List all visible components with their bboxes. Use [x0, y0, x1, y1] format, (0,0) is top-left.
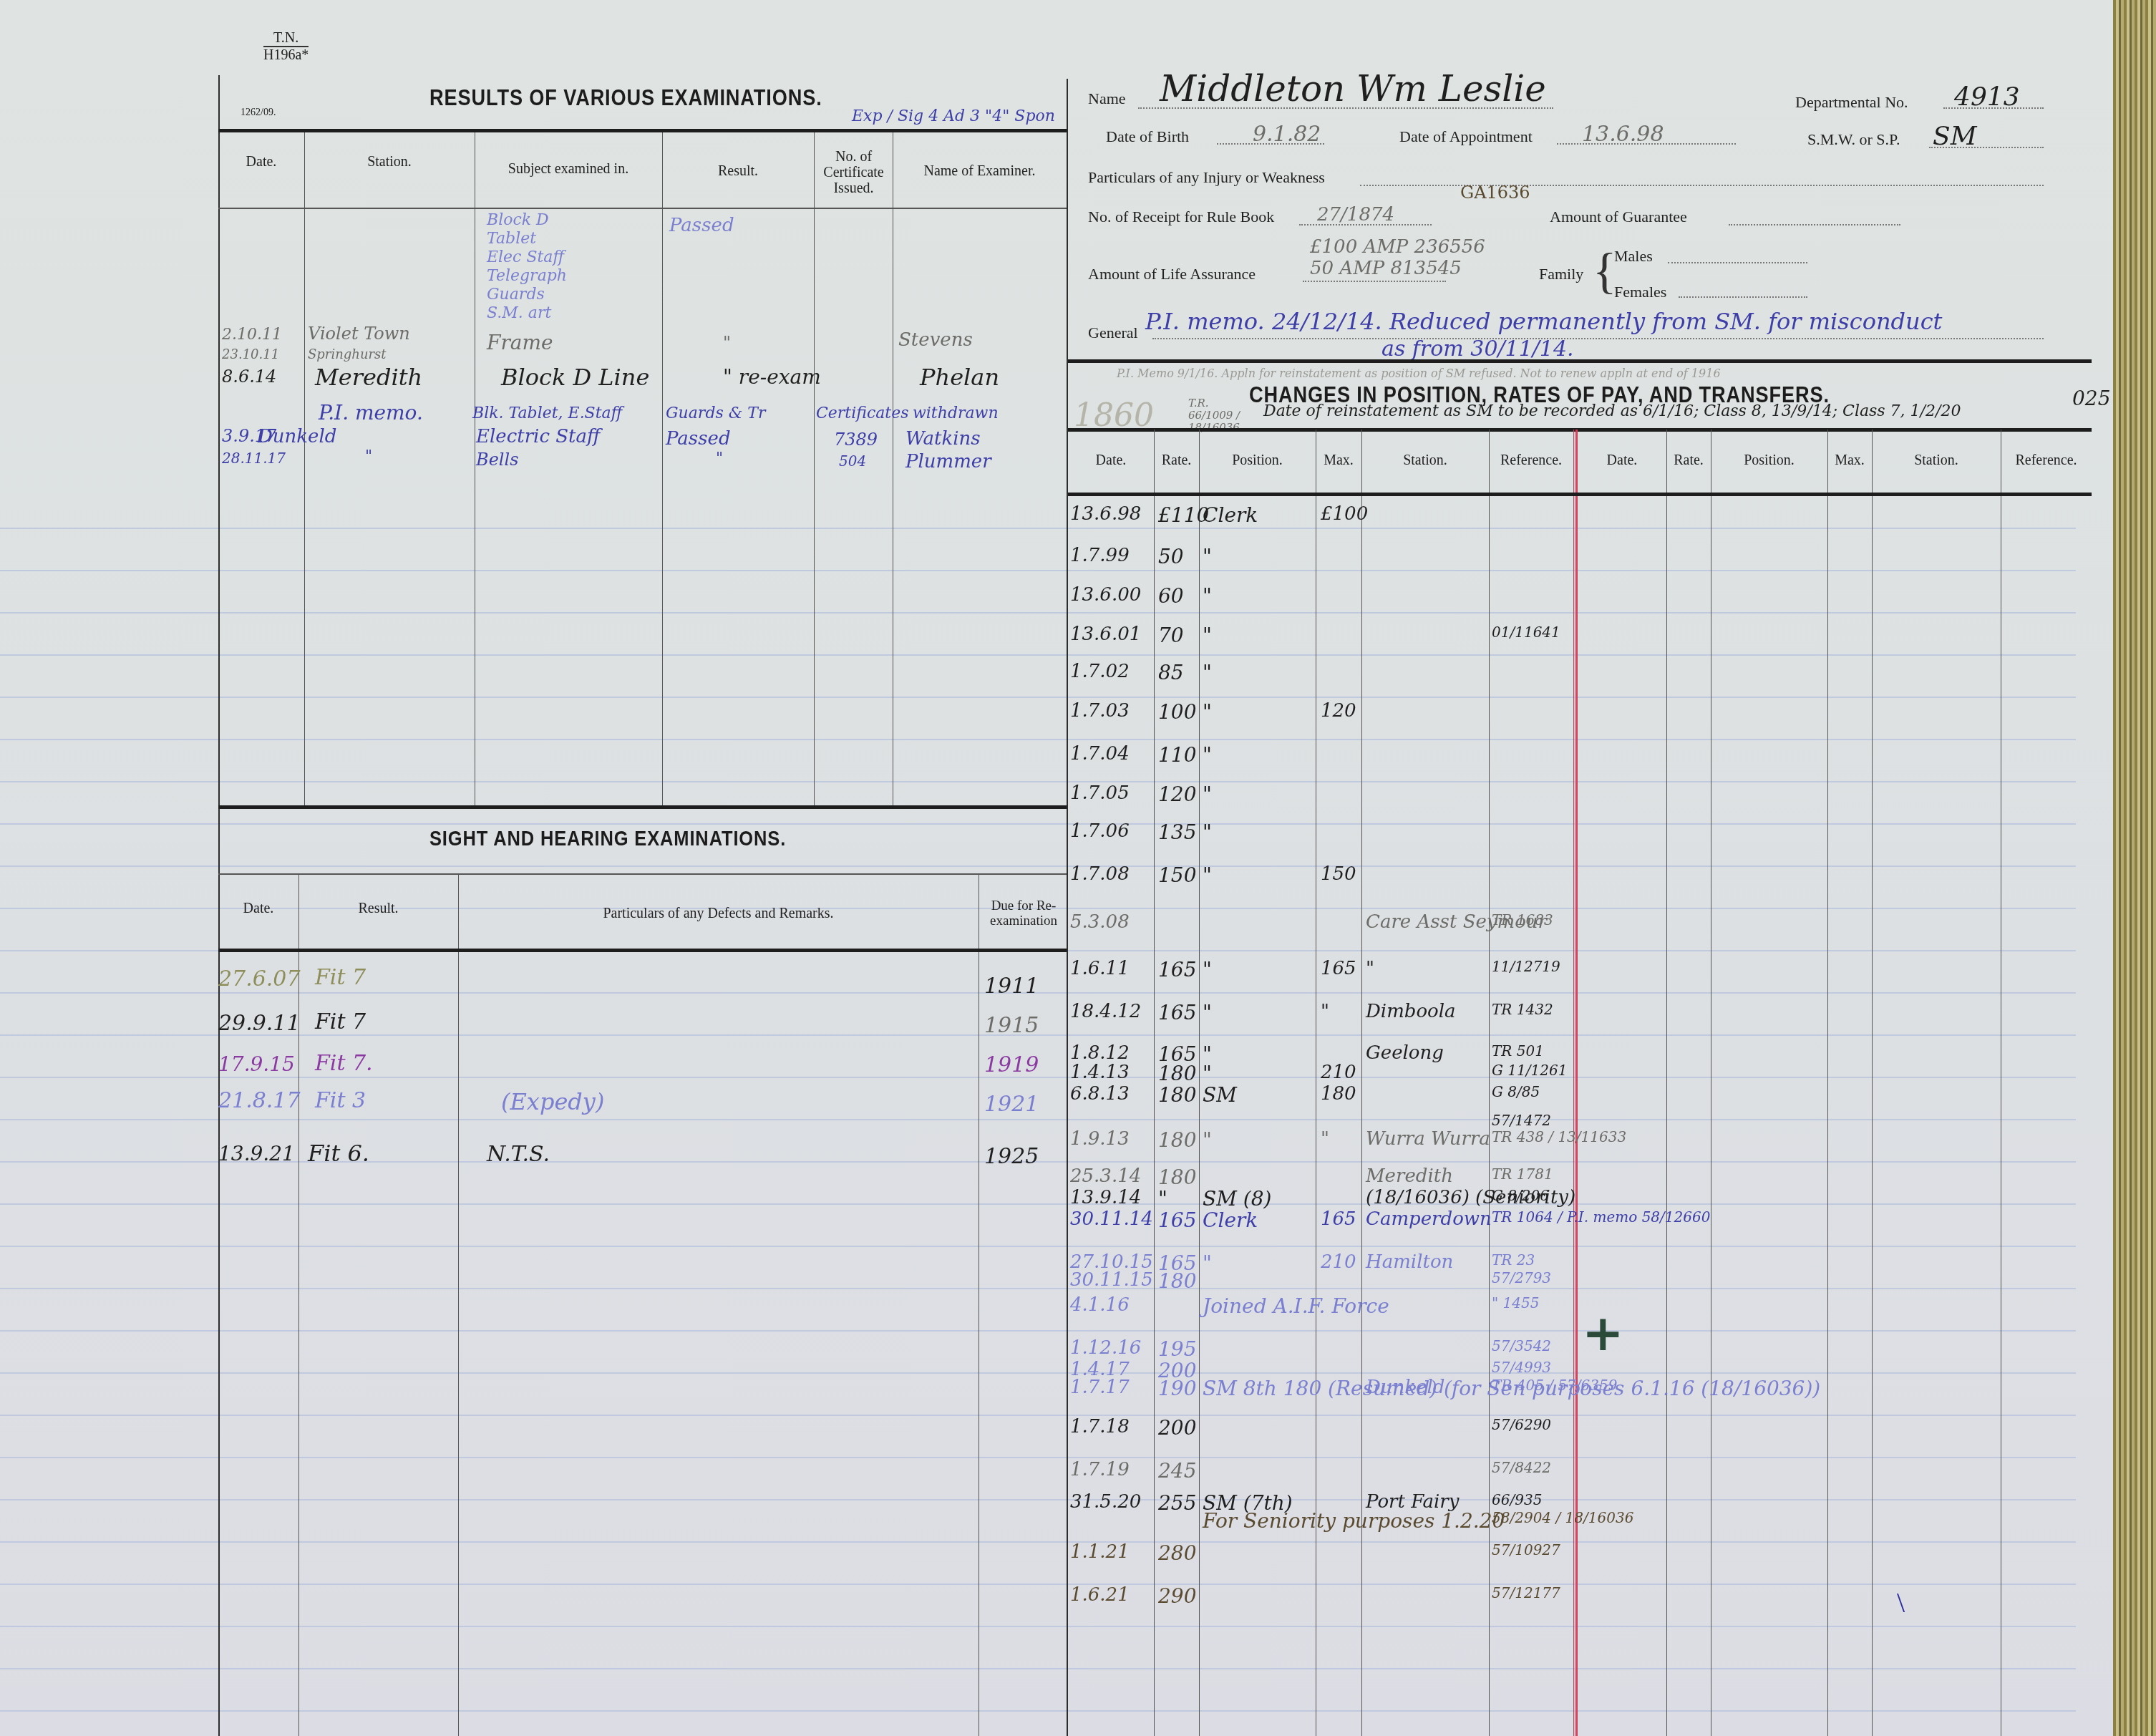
receipt-no: 27/1874	[1317, 204, 1394, 226]
changes-cell-position: "	[1203, 700, 1212, 724]
exam-row-date: 8.6.14	[222, 367, 276, 387]
changes-cell-station: Hamilton	[1366, 1251, 1453, 1273]
changes-cell-ref: 66/935	[1492, 1491, 1542, 1508]
changes-cell-date: 1.12.16	[1070, 1337, 1141, 1359]
changes-cell-rate: 180	[1158, 1128, 1196, 1152]
changes-cell-position: SM (8)	[1203, 1187, 1271, 1211]
changes-cell-position: SM	[1203, 1083, 1237, 1107]
changes-cell-date: 1.1.21	[1070, 1541, 1130, 1563]
sight-row-result: Fit 3	[315, 1088, 366, 1113]
changes-cell-station: Geelong	[1366, 1042, 1444, 1064]
changes-cell-position: "	[1203, 782, 1212, 806]
exams-margin-note: Exp / Sig 4 Ad 3 "4" Spon	[852, 107, 1055, 125]
sight-row-result: Fit 7	[315, 965, 366, 990]
date-of-appointment: 13.6.98	[1582, 122, 1664, 147]
sight-row-date: 27.6.07	[218, 966, 301, 991]
changes-cell-ref: TR 438 / 13/11633	[1492, 1128, 1626, 1145]
changes-cell-rate: 280	[1158, 1541, 1196, 1565]
changes-header-bottom-rule	[1068, 493, 2092, 496]
changes-cell-max: 120	[1321, 700, 1356, 722]
sight-row-due: 1921	[984, 1092, 1039, 1117]
exam-row-examiner: Stevens	[898, 329, 973, 351]
changes-cell-rate: 200	[1158, 1416, 1196, 1440]
form-code-bottom: H196a*	[263, 46, 309, 63]
form-code-top: T.N.	[263, 30, 309, 46]
changes-cell-rate: "	[1158, 1187, 1167, 1211]
changes-cell-date: 1.7.06	[1070, 820, 1130, 842]
changes-col-rate-right: Rate.	[1666, 452, 1711, 469]
sight-top-rule	[218, 805, 1067, 809]
exam-row-result: "	[716, 450, 723, 467]
changes-cell-rate: 50	[1158, 545, 1184, 568]
exams-col-station: Station.	[304, 154, 475, 170]
changes-cell-ref: 57/10927	[1492, 1541, 1560, 1558]
exams-col-date: Date.	[218, 154, 304, 170]
changes-cell-date: 13.9.14	[1070, 1187, 1141, 1208]
dept-no-label: Departmental No.	[1795, 93, 1908, 112]
changes-cell-rate: 180	[1158, 1269, 1196, 1293]
sight-row-due: 1919	[984, 1052, 1039, 1077]
changes-cell-date: 18.4.12	[1070, 1001, 1141, 1022]
exams-subjects-result: Passed	[669, 215, 734, 236]
changes-cell-rate: 60	[1158, 584, 1184, 608]
changes-cell-date: 1.7.04	[1070, 743, 1130, 765]
exams-col-examiner: Name of Examiner.	[893, 163, 1067, 180]
changes-cell-date: 1.7.08	[1070, 863, 1130, 885]
changes-cell-rate: 165	[1158, 1001, 1196, 1024]
form-code: T.N. H196a*	[263, 30, 309, 63]
exam-row-date: 2.10.11	[222, 326, 282, 344]
changes-cell-date: 1.7.19	[1070, 1459, 1130, 1480]
changes-cell-position: Joined A.I.F. Force	[1203, 1294, 1389, 1318]
sight-row-result: Fit 7.	[315, 1051, 373, 1076]
smw-value: SM	[1933, 122, 1977, 151]
changes-cell-rate: 255	[1158, 1491, 1196, 1515]
changes-cell-date: 1.7.99	[1070, 545, 1130, 566]
sight-row-date: 13.9.21	[218, 1142, 295, 1165]
sight-col-due: Due for Re-examination	[981, 898, 1067, 928]
changes-cell-position: "	[1203, 545, 1212, 568]
changes-cell-rate: 165	[1158, 958, 1196, 981]
changes-cell-rate: £110	[1158, 503, 1209, 527]
changes-col-rate: Rate.	[1154, 452, 1199, 469]
changes-cell-position: Clerk	[1203, 1208, 1258, 1232]
exam-row-result: " re-exam	[723, 365, 821, 389]
changes-cell-date: 25.3.14	[1070, 1165, 1141, 1187]
changes-cell-date: 13.6.00	[1070, 584, 1141, 606]
exam-row-result: Guards & Tr	[666, 404, 766, 422]
changes-cell-ref: 57/4993	[1492, 1359, 1551, 1376]
changes-cell-ref: G 8/85	[1492, 1083, 1540, 1100]
changes-cell-position: "	[1203, 958, 1212, 981]
exam-row-examiner: Phelan	[920, 364, 999, 391]
changes-cell-date: 1.7.17	[1070, 1377, 1130, 1398]
changes-cell-position: Clerk	[1203, 503, 1258, 527]
sight-row-result: Fit 7	[315, 1009, 366, 1034]
changes-cell-rate: 245	[1158, 1459, 1196, 1483]
injury-note: GA1636	[1460, 183, 1530, 203]
changes-cell-ref: 57/12177	[1492, 1584, 1560, 1601]
sight-row-date: 17.9.15	[218, 1052, 295, 1076]
changes-cell-station: Meredith	[1366, 1165, 1453, 1187]
changes-cell-station: "	[1366, 958, 1374, 979]
changes-cell-position: "	[1203, 584, 1212, 608]
exam-row-station: "	[365, 447, 372, 465]
print-reference: 1262/09.	[241, 107, 276, 119]
red-margin-line	[1573, 430, 1578, 1736]
changes-cell-rate: 165	[1158, 1208, 1196, 1232]
exam-row-station: P.I. memo.	[319, 401, 423, 425]
smw-label: S.M.W. or S.P.	[1807, 130, 1900, 149]
ledger-page: T.N. H196a* 1262/09. RESULTS OF VARIOUS …	[0, 0, 2119, 1736]
changes-cell-date: 5.3.08	[1070, 911, 1130, 933]
changes-cell-date: 1.8.12	[1070, 1042, 1130, 1064]
changes-cell-position: "	[1203, 820, 1212, 844]
changes-col-max: Max.	[1316, 452, 1361, 469]
exam-row-station: Dunkeld	[258, 426, 336, 447]
changes-cell-station: Camperdown	[1366, 1208, 1492, 1230]
life-assurance-values: £100 AMP 236556 50 AMP 813545	[1310, 236, 1485, 279]
sight-row-remarks: (Expedy)	[501, 1088, 604, 1115]
changes-cell-date: 1.4.13	[1070, 1062, 1130, 1083]
changes-cell-position: "	[1203, 661, 1212, 684]
exam-row-examiner: Watkins	[905, 428, 981, 450]
exam-row-subject: Frame	[487, 331, 553, 354]
changes-cell-ref: G 8/206	[1492, 1187, 1549, 1204]
exam-row-subject: Block D Line	[501, 364, 649, 391]
changes-cell-ref: 57/2793	[1492, 1269, 1551, 1286]
changes-cell-rate: 100	[1158, 700, 1196, 724]
sight-col-remarks: Particulars of any Defects and Remarks.	[458, 906, 979, 922]
changes-cell-rate: 70	[1158, 624, 1184, 647]
dept-no: 4913	[1954, 82, 2020, 112]
males-label: Males	[1614, 247, 1653, 266]
changes-cell-date: 1.6.21	[1070, 1584, 1130, 1606]
changes-cell-ref: 57/1472	[1492, 1112, 1551, 1129]
changes-cell-date: 30.11.14	[1070, 1208, 1153, 1230]
sight-row-date: 29.9.11	[218, 1011, 301, 1036]
dob-label: Date of Birth	[1106, 127, 1189, 146]
changes-cell-rate: 120	[1158, 782, 1196, 806]
sight-row-remarks: N.T.S.	[487, 1142, 550, 1167]
exam-row-station: Springhurst	[308, 347, 387, 362]
changes-cell-date: 1.7.03	[1070, 700, 1130, 722]
changes-cell-date: 13.6.98	[1070, 503, 1141, 525]
changes-cell-date: 1.6.11	[1070, 958, 1130, 979]
changes-cell-max: 165	[1321, 958, 1356, 979]
changes-cell-max: 180	[1321, 1083, 1356, 1105]
changes-cell-date: 1.9.13	[1070, 1128, 1130, 1150]
changes-cell-ref: TR 1781	[1492, 1165, 1553, 1183]
changes-col-station-right: Station.	[1872, 452, 2001, 469]
exam-row-subject: Bells	[476, 450, 519, 470]
changes-cell-date: 1.7.05	[1070, 782, 1130, 804]
changes-col-reference-right: Reference.	[2001, 452, 2092, 469]
changes-cell-rate: 110	[1158, 743, 1196, 767]
reinstatement-note: Date of reinstatement as SM to be record…	[1263, 402, 1961, 420]
changes-cell-position: "	[1203, 1062, 1212, 1085]
changes-col-station: Station.	[1361, 452, 1489, 469]
exam-row-certificate: 7389	[834, 430, 878, 450]
changes-header-top-rule	[1068, 428, 2092, 432]
sight-row-result: Fit 6.	[308, 1140, 369, 1167]
book-page-edge	[2113, 0, 2156, 1736]
changes-col-reference: Reference.	[1489, 452, 1573, 469]
females-label: Females	[1614, 283, 1666, 301]
sight-row-due: 1925	[984, 1144, 1039, 1169]
changes-cell-position: "	[1203, 624, 1212, 647]
changes-cell-rate: 85	[1158, 661, 1184, 684]
changes-col-max-right: Max.	[1827, 452, 1872, 469]
exams-col-certificate: No. of Certificate Issued.	[816, 149, 891, 196]
changes-cell-ref: TR 1683	[1492, 911, 1553, 928]
stray-mark: \	[1897, 1586, 1905, 1619]
changes-col-position-right: Position.	[1711, 452, 1827, 469]
changes-cell-position: For Seniority purposes 1.2.20	[1203, 1509, 1505, 1533]
life-assurance-label: Amount of Life Assurance	[1088, 265, 1256, 283]
changes-cell-rate: 180	[1158, 1165, 1196, 1189]
changes-cell-position: "	[1203, 743, 1212, 767]
changes-cell-date: 1.7.18	[1070, 1416, 1130, 1437]
changes-cell-date: 1.7.02	[1070, 661, 1130, 682]
changes-cell-rate: 195	[1158, 1337, 1196, 1361]
changes-cell-ref: 58/2904 / 18/16036	[1492, 1509, 1633, 1526]
sight-header-rule	[218, 949, 1067, 952]
exam-row-examiner: Plummer	[905, 451, 991, 472]
date-of-birth: 9.1.82	[1253, 122, 1321, 147]
sight-row-due: 1911	[984, 974, 1039, 999]
exam-row-subject: Blk. Tablet, E.Staff	[472, 404, 622, 422]
changes-cell-ref: 01/11641	[1492, 624, 1560, 641]
changes-cell-rate: 290	[1158, 1584, 1196, 1608]
exams-subjects-list: Block D Tablet Elec Staff Telegraph Guar…	[487, 211, 567, 323]
changes-cell-rate: 150	[1158, 863, 1196, 887]
changes-cell-station: Dimboola	[1366, 1001, 1456, 1022]
changes-cell-max: 210	[1321, 1062, 1356, 1083]
changes-cell-ref: TR 23	[1492, 1251, 1535, 1269]
changes-cell-station: Wurra Wurra	[1366, 1128, 1490, 1150]
exam-row-station: Violet Town	[308, 324, 410, 344]
changes-cell-rate: 180	[1158, 1083, 1196, 1107]
exam-row-date: 23.10.11	[222, 347, 279, 362]
changes-cell-ref: TR 1064 / P.I. memo 58/12660	[1492, 1208, 1710, 1226]
exams-title: RESULTS OF VARIOUS EXAMINATIONS.	[429, 84, 822, 111]
injury-label: Particulars of any Injury or Weakness	[1088, 168, 1325, 187]
exam-row-certificate: Certificates	[816, 404, 909, 422]
changes-col-date-right: Date.	[1578, 452, 1666, 469]
changes-cell-date: 30.11.15	[1070, 1269, 1153, 1291]
changes-cell-max: £100	[1321, 503, 1368, 525]
cross-mark: +	[1582, 1303, 1624, 1362]
changes-cell-rate: 180	[1158, 1062, 1196, 1085]
changes-cell-ref: " 1455	[1492, 1294, 1539, 1311]
exam-row-date: 28.11.17	[222, 450, 286, 467]
changes-cell-date: 4.1.16	[1070, 1294, 1130, 1316]
changes-cell-date: 6.8.13	[1070, 1083, 1130, 1105]
exam-row-result: "	[723, 333, 731, 353]
exams-top-rule	[218, 129, 1067, 132]
changes-cell-date: 13.6.01	[1070, 624, 1141, 645]
exam-row-examiner: withdrawn	[913, 404, 999, 422]
changes-cell-ref: 57/8422	[1492, 1459, 1551, 1476]
changes-cell-rate: 135	[1158, 820, 1196, 844]
appointment-label: Date of Appointment	[1399, 127, 1533, 146]
employee-name: Middleton Wm Leslie	[1160, 68, 1546, 110]
guarantee-label: Amount of Guarantee	[1550, 208, 1687, 226]
sight-title: SIGHT AND HEARING EXAMINATIONS.	[429, 827, 786, 851]
changes-cell-ref: 11/12719	[1492, 958, 1560, 975]
changes-cell-rate: 190	[1158, 1377, 1196, 1400]
changes-cell-ref: TR 501	[1492, 1042, 1544, 1059]
changes-cell-date: 31.5.20	[1070, 1491, 1141, 1513]
changes-cell-position: "	[1203, 1128, 1212, 1152]
changes-col-date: Date.	[1068, 452, 1154, 469]
exam-row-station: Meredith	[315, 364, 422, 391]
changes-col-position: Position.	[1199, 452, 1316, 469]
sight-col-result: Result.	[298, 901, 458, 917]
changes-cell-max: "	[1321, 1128, 1329, 1150]
changes-cell-ref: G 11/1261	[1492, 1062, 1567, 1079]
general-label: General	[1088, 324, 1138, 342]
margin-025: 025	[2072, 387, 2110, 410]
exams-col-result: Result.	[662, 163, 814, 180]
exam-row-result: Passed	[666, 428, 731, 450]
center-divider	[1067, 79, 1068, 1736]
changes-top-rule	[1068, 359, 2092, 363]
changes-cell-max: 150	[1321, 863, 1356, 885]
exam-row-certificate: 504	[839, 452, 866, 470]
changes-cell-max: 165	[1321, 1208, 1356, 1230]
faded-note: P.I. Memo 9/1/16. Appln for reinstatemen…	[1117, 367, 1721, 380]
general-note-line1: P.I. memo. 24/12/14. Reduced permanently…	[1145, 308, 1942, 335]
sight-col-date: Date.	[218, 901, 298, 917]
changes-cell-ref: TR 405 / 57/6359	[1492, 1377, 1617, 1394]
family-label: Family	[1539, 265, 1583, 283]
changes-cell-position: "	[1203, 863, 1212, 887]
sight-row-date: 21.8.17	[218, 1088, 301, 1113]
changes-cell-position: "	[1203, 1251, 1212, 1275]
changes-cell-ref: TR 1432	[1492, 1001, 1553, 1018]
name-label: Name	[1088, 89, 1126, 108]
exams-col-subject: Subject examined in.	[475, 161, 662, 178]
changes-cell-station: Dunkeld	[1366, 1377, 1444, 1398]
sight-row-due: 1915	[984, 1013, 1039, 1038]
exam-row-subject: Electric Staff	[476, 426, 600, 447]
receipt-label: No. of Receipt for Rule Book	[1088, 208, 1274, 226]
changes-cell-ref: 57/6290	[1492, 1416, 1551, 1433]
changes-cell-position: "	[1203, 1001, 1212, 1024]
general-note-line2: as from 30/11/14.	[1382, 336, 1574, 362]
changes-cell-ref: 57/3542	[1492, 1337, 1551, 1354]
changes-cell-max: "	[1321, 1001, 1329, 1022]
changes-cell-max: 210	[1321, 1251, 1356, 1273]
